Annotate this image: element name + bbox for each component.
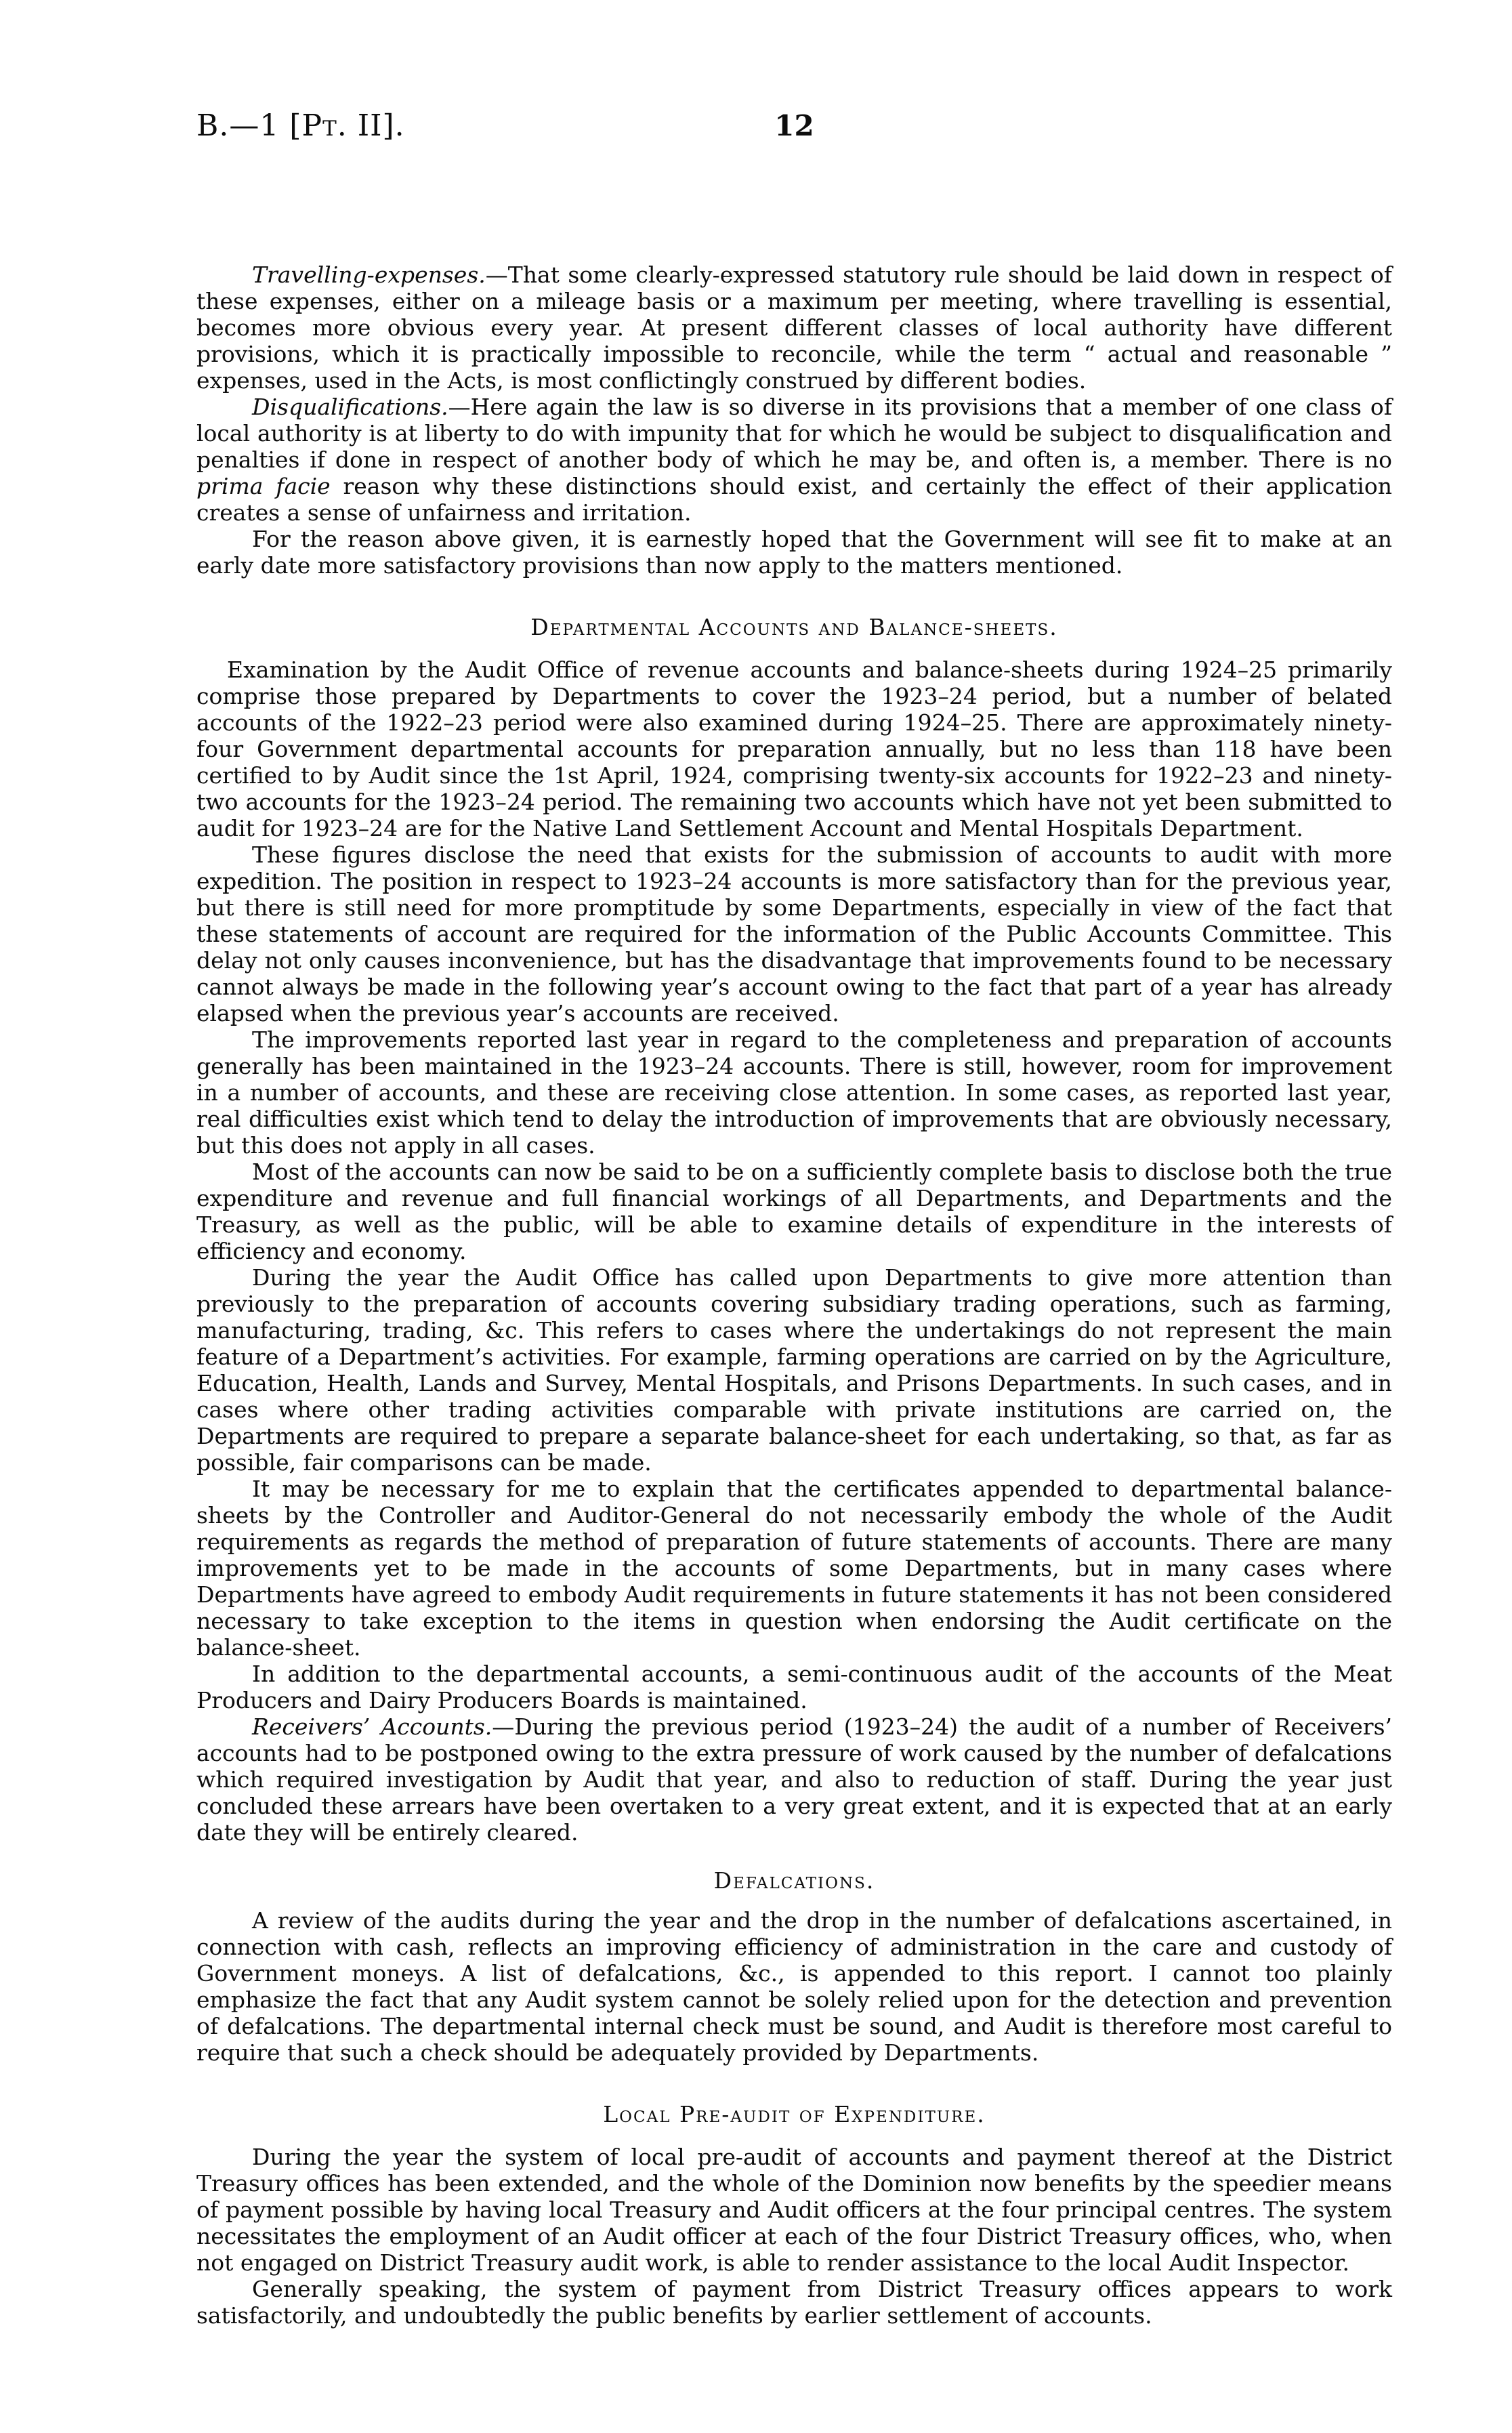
document-body: Travelling-expenses.—That some clearly-e…: [196, 262, 1392, 2329]
italic-text: Travelling-expenses.: [252, 262, 486, 288]
paragraph-text: In addition to the departmental accounts…: [196, 1661, 1392, 1713]
page-number: 12: [196, 107, 1392, 145]
paragraph: It may be necessary for me to explain th…: [196, 1476, 1392, 1661]
paragraph-text: Examination by the Audit Office of reven…: [196, 657, 1392, 841]
paragraph: Disqualifications.—Here again the law is…: [196, 394, 1392, 526]
italic-text: Receivers’ Accounts.: [252, 1713, 492, 1740]
paragraph-text: Most of the accounts can now be said to …: [196, 1159, 1392, 1264]
paragraph: For the reason above given, it is earnes…: [196, 526, 1392, 579]
paragraph-text: The improvements reported last year in r…: [196, 1026, 1392, 1159]
paragraph-text: These figures disclose the need that exi…: [196, 841, 1392, 1026]
section-heading: Defalcations.: [196, 1867, 1392, 1894]
paragraph: During the year the Audit Office has cal…: [196, 1264, 1392, 1476]
paragraph-text: During the year the system of local pre-…: [196, 2144, 1392, 2276]
paragraph: Travelling-expenses.—That some clearly-e…: [196, 262, 1392, 394]
section-heading: Departmental Accounts and Balance-sheets…: [196, 614, 1392, 640]
paragraph: Most of the accounts can now be said to …: [196, 1159, 1392, 1264]
italic-text: prima facie: [196, 473, 331, 499]
paragraph-text: It may be necessary for me to explain th…: [196, 1476, 1392, 1661]
paragraph: Receivers’ Accounts.—During the previous…: [196, 1713, 1392, 1846]
paragraph: Generally speaking, the system of paymen…: [196, 2276, 1392, 2329]
paragraph-text: For the reason above given, it is earnes…: [196, 526, 1392, 579]
paragraph-text: During the year the Audit Office has cal…: [196, 1264, 1392, 1476]
paragraph-text: reason why these distinctions should exi…: [196, 473, 1392, 526]
page-header: B.—1 [Pt. II]. 12: [196, 107, 1392, 145]
italic-text: Disqualifications.: [252, 394, 448, 420]
paragraph-text: A review of the audits during the year a…: [196, 1907, 1392, 2066]
paragraph: These figures disclose the need that exi…: [196, 841, 1392, 1026]
paragraph: The improvements reported last year in r…: [196, 1026, 1392, 1159]
paragraph: In addition to the departmental accounts…: [196, 1661, 1392, 1713]
paragraph: A review of the audits during the year a…: [196, 1907, 1392, 2066]
section-heading: Local Pre-audit of Expenditure.: [196, 2101, 1392, 2127]
paragraph-text: Generally speaking, the system of paymen…: [196, 2276, 1392, 2329]
paragraph: During the year the system of local pre-…: [196, 2144, 1392, 2276]
paragraph: Examination by the Audit Office of reven…: [196, 657, 1392, 841]
document-page: B.—1 [Pt. II]. 12 Travelling-expenses.—T…: [0, 0, 1512, 2433]
